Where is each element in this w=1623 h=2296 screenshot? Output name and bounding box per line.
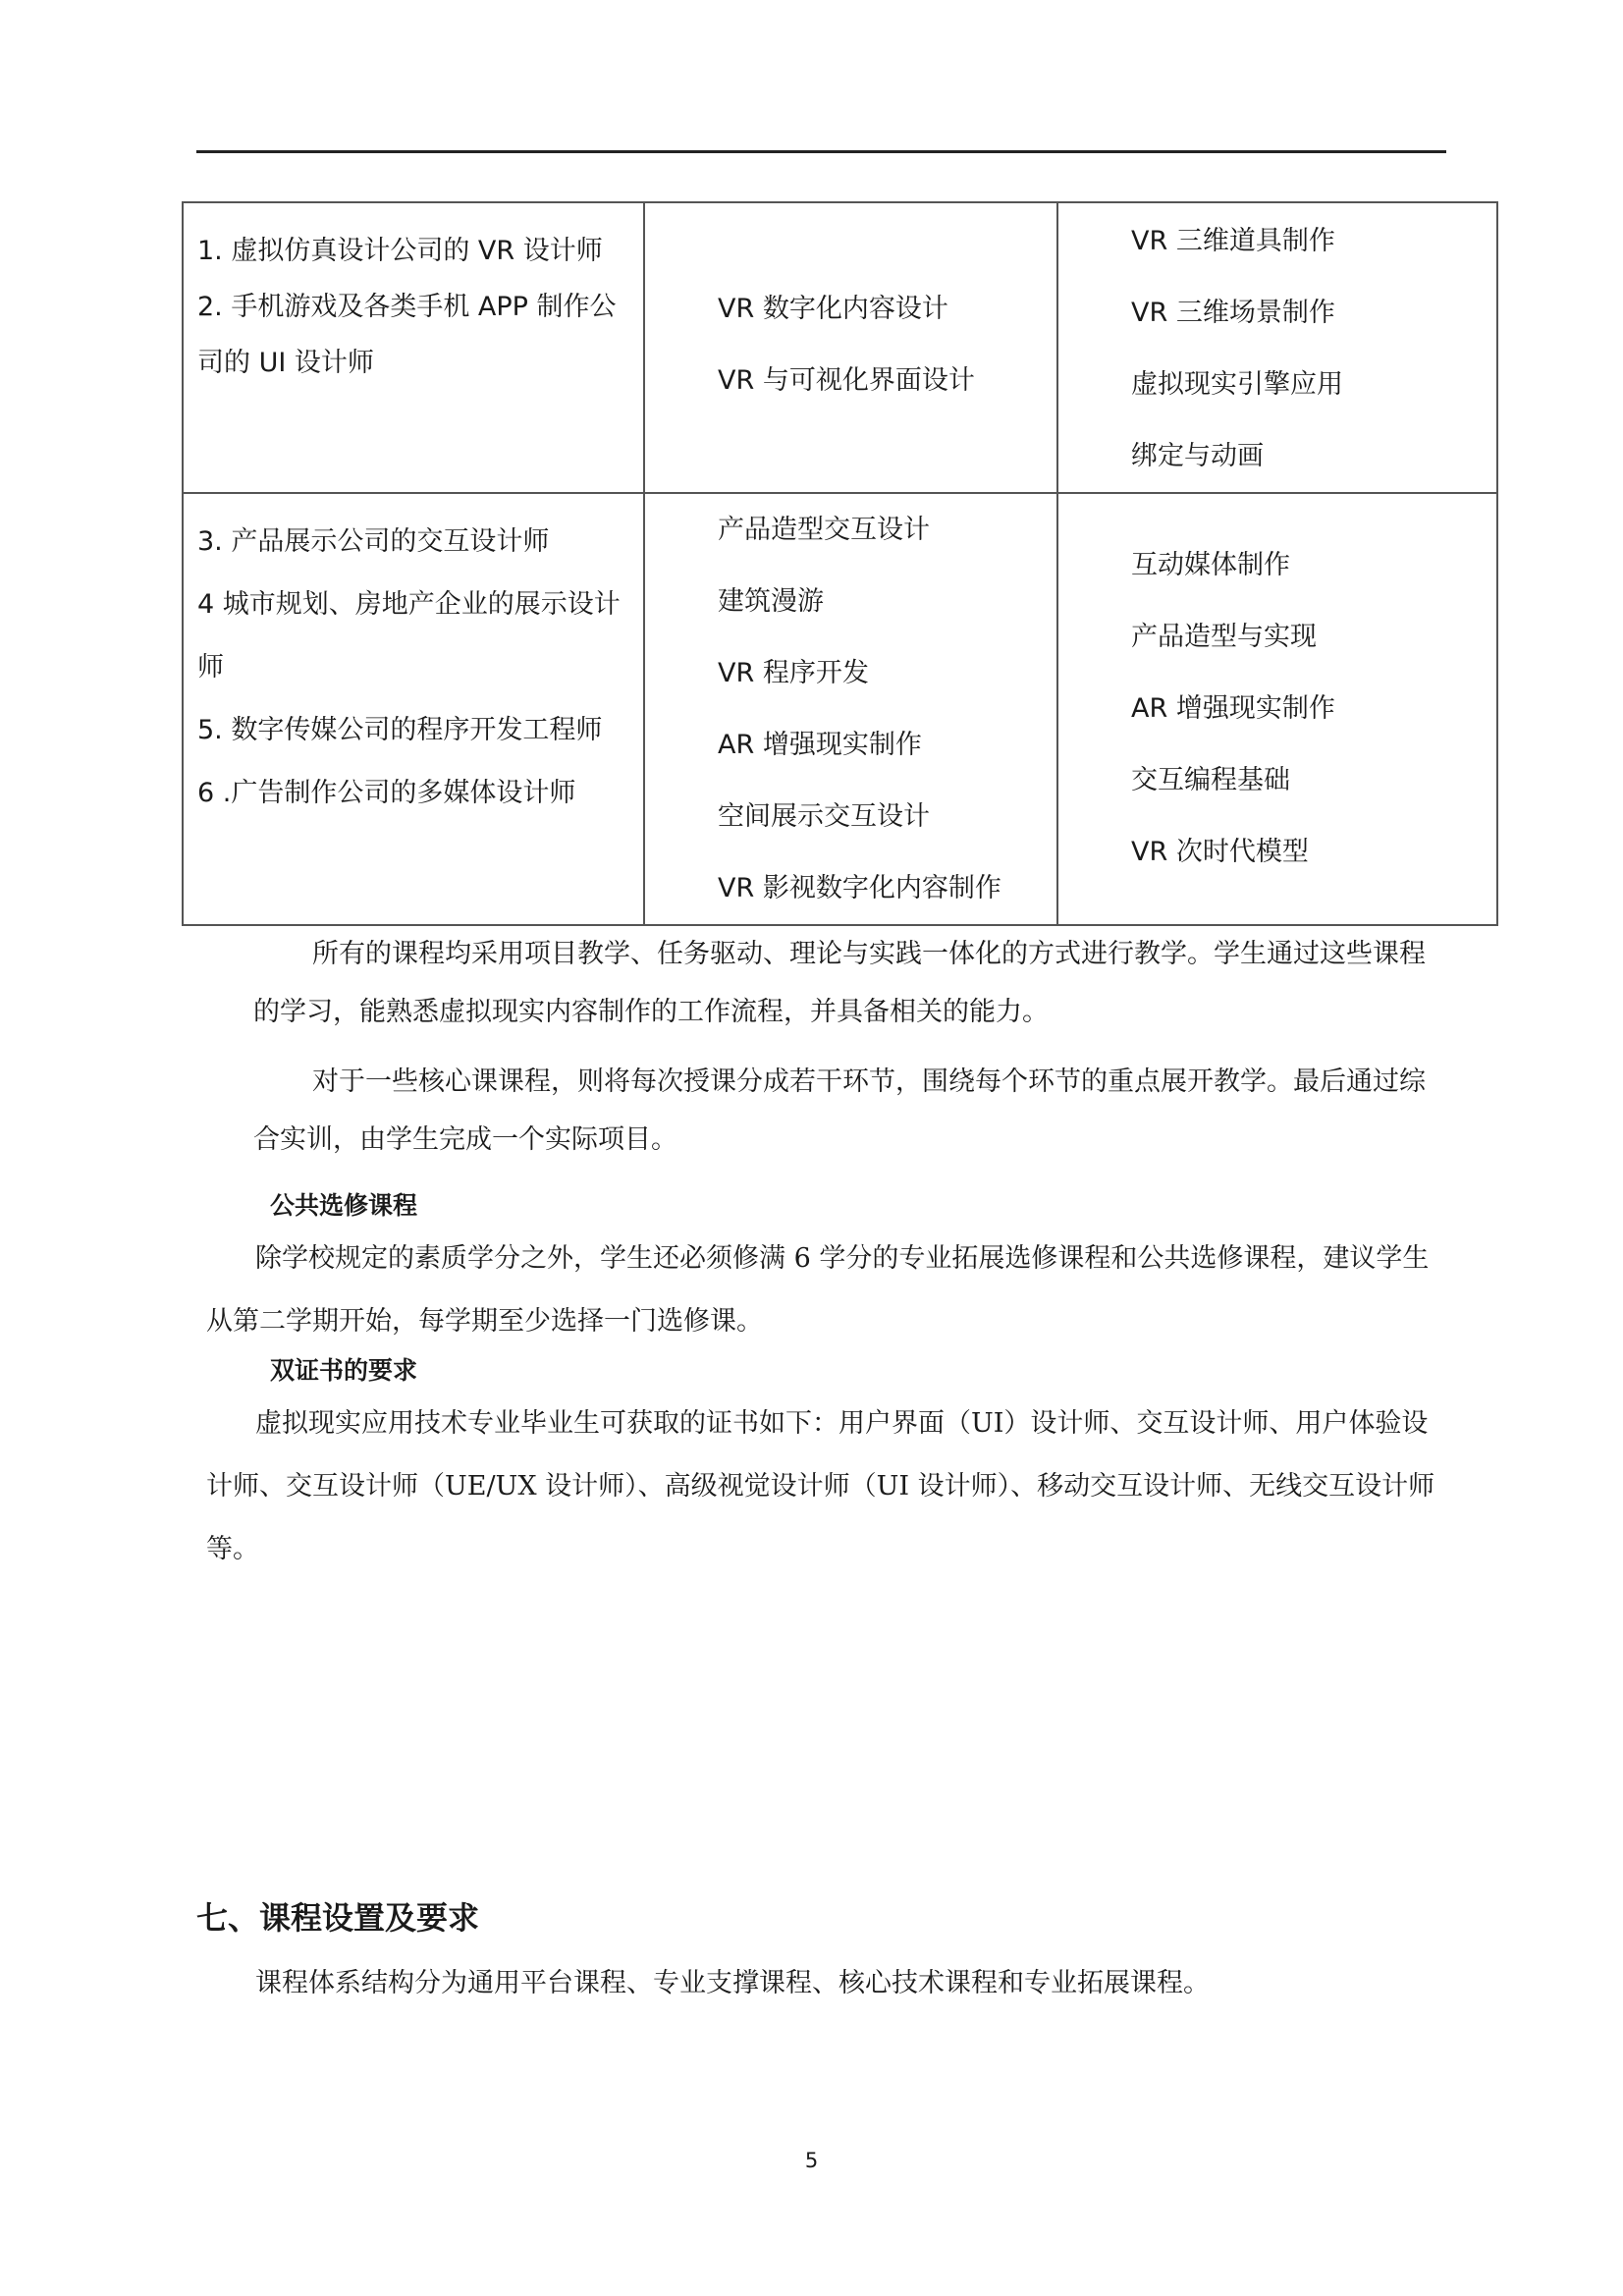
position-item: 4 城市规划、房地产企业的展示设计师 xyxy=(197,574,629,699)
position-item: 3. 产品展示公司的交互设计师 xyxy=(197,511,629,574)
section-title: 七、课程设置及要求 xyxy=(196,1893,479,1939)
section-intro-paragraph: 课程体系结构分为通用平台课程、专业支撑课程、核心技术课程和专业拓展课程。 xyxy=(255,1954,1448,2012)
electives-paragraph: 除学校规定的素质学分之外，学生还必须修满 6 学分的专业拓展选修课程和公共选修课… xyxy=(206,1228,1448,1353)
teaching-method-paragraph: 所有的课程均采用项目教学、任务驱动、理论与实践一体化的方式进行教学。学生通过这些… xyxy=(253,925,1446,1041)
position-item: 5. 数字传媒公司的程序开发工程师 xyxy=(197,699,629,762)
core-courses-cell: 产品造型交互设计 建筑漫游 VR 程序开发 AR 增强现实制作 空间展示交互设计… xyxy=(644,493,1057,925)
course-item: VR 数字化内容设计 xyxy=(718,273,1056,345)
table-row: 3. 产品展示公司的交互设计师 4 城市规划、房地产企业的展示设计师 5. 数字… xyxy=(183,493,1497,925)
core-courses-cell: VR 数字化内容设计 VR 与可视化界面设计 xyxy=(644,202,1057,493)
course-item: VR 三维道具制作 xyxy=(1131,205,1496,277)
support-courses-cell: VR 三维道具制作 VR 三维场景制作 虚拟现实引擎应用 绑定与动画 xyxy=(1057,202,1497,493)
positions-cell: 3. 产品展示公司的交互设计师 4 城市规划、房地产企业的展示设计师 5. 数字… xyxy=(183,493,644,925)
electives-heading: 公共选修课程 xyxy=(270,1186,417,1222)
course-item: VR 三维场景制作 xyxy=(1131,277,1496,349)
header-rule xyxy=(196,150,1446,153)
course-item: 虚拟现实引擎应用 xyxy=(1131,349,1496,420)
course-item: AR 增强现实制作 xyxy=(718,709,1056,781)
course-item: 绑定与动画 xyxy=(1131,420,1496,492)
course-item: 空间展示交互设计 xyxy=(718,781,1056,852)
positions-cell: 1. 虚拟仿真设计公司的 VR 设计师 2. 手机游戏及各类手机 APP 制作公… xyxy=(183,202,644,493)
support-courses-cell: 互动媒体制作 产品造型与实现 AR 增强现实制作 交互编程基础 VR 次时代模型 xyxy=(1057,493,1497,925)
course-item: 产品造型交互设计 xyxy=(718,494,1056,566)
course-item: 互动媒体制作 xyxy=(1131,529,1496,601)
course-item: 交互编程基础 xyxy=(1131,744,1496,816)
course-item: 产品造型与实现 xyxy=(1131,601,1496,673)
certificates-paragraph: 虚拟现实应用技术专业毕业生可获取的证书如下：用户界面（UI）设计师、交互设计师、… xyxy=(206,1393,1448,1581)
course-item: VR 次时代模型 xyxy=(1131,816,1496,888)
table-row: 1. 虚拟仿真设计公司的 VR 设计师 2. 手机游戏及各类手机 APP 制作公… xyxy=(183,202,1497,493)
certificates-heading: 双证书的要求 xyxy=(270,1351,417,1387)
position-item: 6 .广告制作公司的多媒体设计师 xyxy=(197,762,629,825)
career-course-table: 1. 虚拟仿真设计公司的 VR 设计师 2. 手机游戏及各类手机 APP 制作公… xyxy=(182,201,1498,926)
position-item: 1. 虚拟仿真设计公司的 VR 设计师 xyxy=(197,223,629,279)
course-item: VR 与可视化界面设计 xyxy=(718,345,1056,416)
course-item: 建筑漫游 xyxy=(718,566,1056,637)
position-item: 2. 手机游戏及各类手机 APP 制作公司的 UI 设计师 xyxy=(197,279,629,391)
core-course-method-paragraph: 对于一些核心课课程，则将每次授课分成若干环节，围绕每个环节的重点展开教学。最后通… xyxy=(253,1053,1446,1169)
course-item: VR 程序开发 xyxy=(718,637,1056,709)
page-number: 5 xyxy=(0,2149,1623,2172)
course-item: AR 增强现实制作 xyxy=(1131,673,1496,744)
course-item: VR 影视数字化内容制作 xyxy=(718,852,1056,924)
